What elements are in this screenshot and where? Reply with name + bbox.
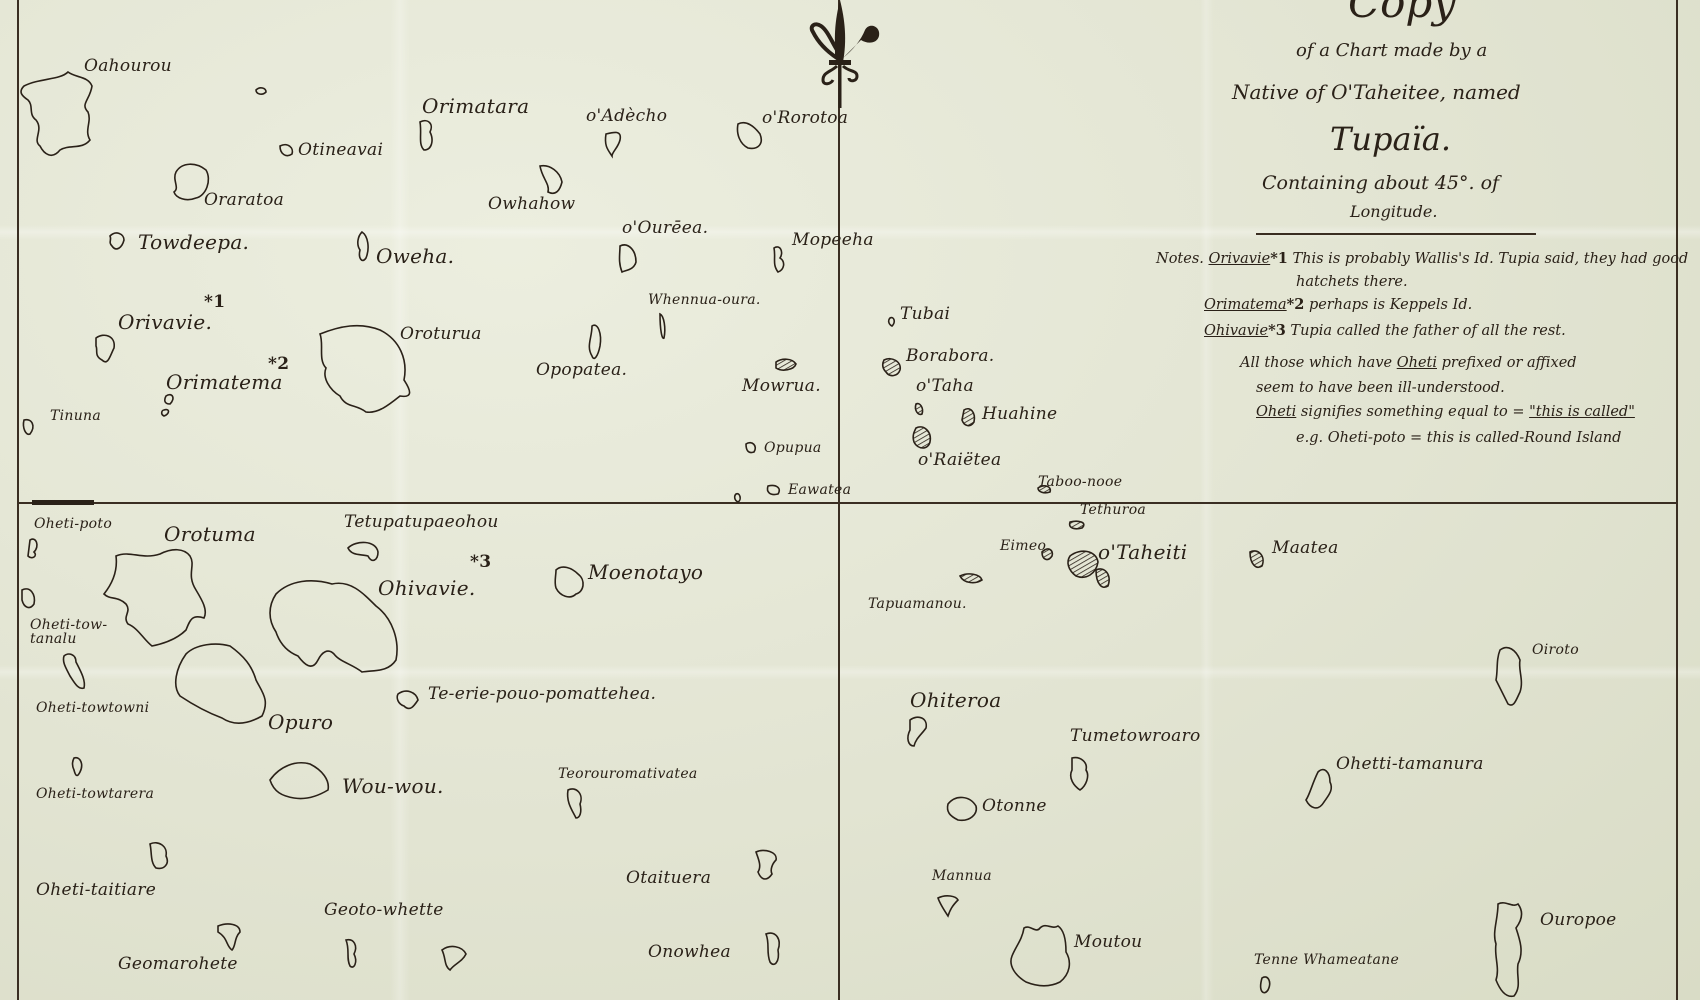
- island-label-moenotayo: Moenotayo: [588, 560, 703, 584]
- asterisk-1-marker: *1: [204, 292, 225, 312]
- island-label-oheti-tow-tanalu: Oheti-tow-tanalu: [30, 618, 140, 646]
- island-label-orivavie: Orivavie.: [118, 310, 212, 334]
- island-label-onowhea: Onowhea: [648, 942, 731, 962]
- island-label-orimatara: Orimatara: [422, 94, 529, 118]
- island-label-oheti-towtowni: Oheti-towtowni: [36, 700, 149, 716]
- island-label-otonne: Otonne: [982, 796, 1047, 816]
- island-label-oweha: Oweha.: [376, 244, 454, 268]
- island-label-oheti-towtarera: Oheti-towtarera: [36, 786, 154, 802]
- island-label-oheti-taitiare: Oheti-taitiare: [36, 880, 156, 900]
- island-label-opupua: Opupua: [764, 440, 822, 456]
- island-label-wou-wou: Wou-wou.: [342, 774, 444, 798]
- island-label-oiroto: Oiroto: [1532, 642, 1579, 658]
- island-label-o-adecho: o'Adècho: [586, 106, 667, 126]
- island-label-opuro: Opuro: [268, 710, 333, 734]
- island-label-o-rorotoa: o'Rorotoa: [762, 108, 848, 128]
- island-label-tapuamanou: Tapuamanou.: [868, 596, 967, 612]
- island-label-geoto-whette: Geoto-whette: [324, 900, 444, 920]
- island-label-oroturua: Oroturua: [400, 324, 482, 344]
- island-label-ohetti-tamanura: Ohetti-tamanura: [1336, 754, 1484, 774]
- island-label-mopeeha: Mopeeha: [792, 230, 874, 250]
- island-label-geomarohete: Geomarohete: [118, 954, 238, 974]
- island-label-te-erie-pouo-pomattehea: Te-erie-pouo-pomattehea.: [428, 684, 656, 704]
- island-label-tenne-whameatane: Tenne Whameatane: [1254, 952, 1399, 968]
- island-label-tumetowroaro: Tumetowroaro: [1070, 726, 1201, 746]
- island-label-tethuroa: Tethuroa: [1080, 502, 1146, 518]
- island-label-ouropoe: Ouropoe: [1540, 910, 1617, 930]
- island-label-tubai: Tubai: [900, 304, 950, 324]
- island-label-o-taheiti: o'Taheiti: [1098, 540, 1188, 564]
- island-label-tinuna: Tinuna: [50, 408, 101, 424]
- island-label-opopatea: Opopatea.: [536, 360, 627, 380]
- island-label-owhahow: Owhahow: [488, 194, 575, 214]
- island-label-ohivavie: Ohivavie.: [378, 576, 476, 600]
- island-label-mowrua: Mowrua.: [742, 376, 821, 396]
- island-label-towdeepa: Towdeepa.: [138, 230, 249, 254]
- island-label-taboo-nooe: Taboo-nooe: [1038, 474, 1122, 490]
- island-label-otaituera: Otaituera: [626, 868, 711, 888]
- island-label-ohiteroa: Ohiteroa: [910, 688, 1001, 712]
- island-label-mannua: Mannua: [932, 868, 992, 884]
- island-label-eawatea: Eawatea: [788, 482, 851, 498]
- island-label-o-taha: o'Taha: [916, 376, 974, 396]
- island-label-orotuma: Orotuma: [164, 522, 256, 546]
- island-outlines: [0, 0, 1700, 1000]
- asterisk-2-marker: *2: [268, 354, 289, 374]
- island-label-oahourou: Oahourou: [84, 56, 172, 76]
- island-label-otineavai: Otineavai: [298, 140, 383, 160]
- island-label-orimatema: Orimatema: [166, 370, 283, 394]
- island-label-eimeo: Eimeo: [1000, 538, 1046, 554]
- island-label-oraratoa: Oraratoa: [204, 190, 284, 210]
- island-label-huahine: Huahine: [982, 404, 1057, 424]
- island-label-moutou: Moutou: [1074, 932, 1142, 952]
- island-label-o-oureea: o'Ourēea.: [622, 218, 708, 238]
- island-label-whennua-oura: Whennua-oura.: [648, 292, 761, 308]
- island-label-teorouromativatea: Teorouromativatea: [558, 766, 698, 782]
- island-label-borabora: Borabora.: [906, 346, 994, 366]
- island-label-oheti-poto: Oheti-poto: [34, 516, 112, 532]
- island-label-o-raietea: o'Raiëtea: [918, 450, 1001, 470]
- island-label-tetupatupaeohou: Tetupatupaeohou: [344, 512, 499, 532]
- island-label-maatea: Maatea: [1272, 538, 1339, 558]
- asterisk-3-marker: *3: [470, 552, 491, 572]
